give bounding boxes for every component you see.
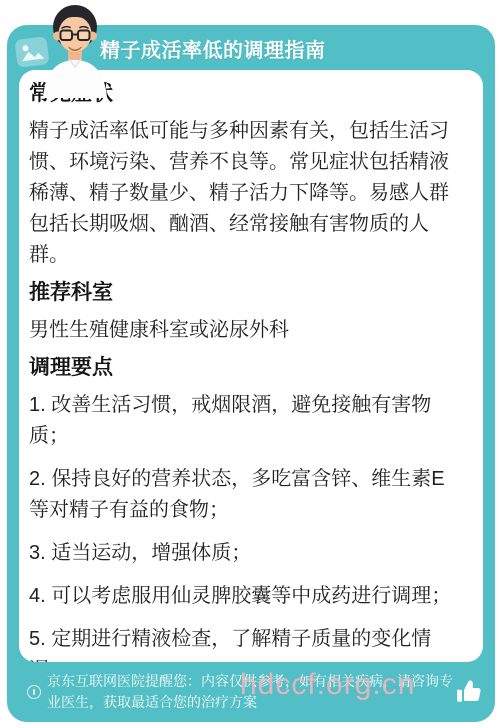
tips-heading: 调理要点 (29, 356, 453, 380)
card-title: 精子成活率低的调理指南 (100, 25, 326, 71)
guide-card: 精子成活率低的调理指南 常见症状 精子成活率低可能与多种因素有关，包括生活习惯、… (7, 25, 495, 722)
tip-item-5: 5. 定期进行精液检查，了解精子质量的变化情况。 (29, 624, 453, 662)
symptoms-text: 精子成活率低可能与多种因素有关，包括生活习惯、环境污染、营养不良等。常见症状包括… (29, 116, 453, 271)
info-circle-icon (27, 685, 41, 699)
thumbs-up-icon (454, 677, 484, 707)
thumbs-up-button[interactable] (453, 676, 485, 708)
card-body: 常见症状 精子成活率低可能与多种因素有关，包括生活习惯、环境污染、营养不良等。常… (19, 70, 483, 662)
doctor-avatar (33, 1, 117, 98)
tip-item-4: 4. 可以考虑服用仙灵脾胶囊等中成药进行调理； (29, 581, 453, 612)
card-footer: 京东互联网医院提醒您：内容仅供参考，如有相关疾病，请咨询专业医生，获取最适合您的… (7, 662, 495, 722)
department-text: 男性生殖健康科室或泌尿外科 (29, 315, 453, 346)
tip-item-1: 1. 改善生活习惯，戒烟限酒，避免接触有害物质； (29, 390, 453, 452)
tip-item-3: 3. 适当运动，增强体质； (29, 538, 453, 569)
disclaimer-text: 京东互联网医院提醒您：内容仅供参考，如有相关疾病，请咨询专业医生，获取最适合您的… (47, 671, 453, 713)
page: { "header": { "title": "精子成活率低的调理指南" }, … (0, 0, 500, 728)
tip-item-2: 2. 保持良好的营养状态，多吃富含锌、维生素E等对精子有益的食物； (29, 464, 453, 526)
department-heading: 推荐科室 (29, 281, 453, 305)
card-header: 精子成活率低的调理指南 (7, 25, 495, 70)
